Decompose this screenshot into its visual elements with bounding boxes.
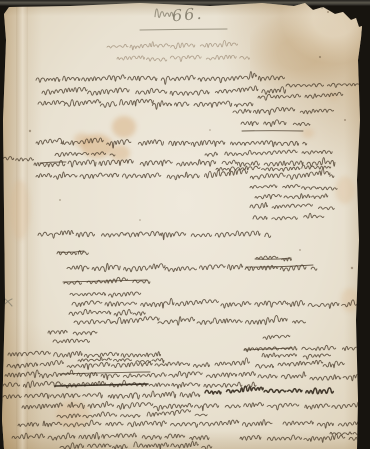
handwriting-line	[72, 298, 368, 308]
foxing-speck	[29, 130, 31, 132]
manuscript-scan: 66.	[0, 0, 370, 449]
handwriting-line	[3, 391, 200, 399]
handwriting-line	[240, 434, 358, 442]
pencil-rule	[140, 29, 227, 30]
ink-lines	[0, 3, 368, 449]
handwriting-line	[286, 83, 364, 87]
ink-stain	[341, 288, 359, 312]
foxing-speck	[59, 199, 61, 201]
handwriting-layer	[0, 0, 370, 449]
strikethrough	[246, 265, 313, 267]
handwriting-line	[34, 158, 335, 168]
foxing-speck	[319, 56, 321, 58]
corrections	[4, 29, 313, 386]
strikethrough	[63, 280, 147, 282]
handwriting-line	[244, 345, 360, 351]
handwriting-line	[12, 432, 209, 440]
handwriting-line	[60, 442, 212, 449]
ink-stain	[112, 116, 136, 138]
handwriting-line	[117, 55, 249, 61]
handwriting-line	[250, 185, 337, 190]
handwriting-line	[233, 107, 334, 114]
handwriting-line	[7, 360, 209, 369]
handwriting-line	[74, 315, 305, 325]
handwriting-line	[283, 421, 366, 428]
handwriting-line	[70, 292, 141, 297]
foxing-speck	[327, 11, 329, 13]
foxing-speck	[344, 119, 346, 121]
handwriting-line	[258, 372, 364, 381]
handwriting-line	[215, 358, 344, 368]
handwriting-line	[8, 351, 161, 357]
handwriting-line	[253, 213, 324, 220]
foxing-speck	[209, 129, 211, 131]
handwriting-line	[216, 165, 331, 172]
handwriting-line	[107, 41, 238, 50]
ink-stain	[302, 128, 314, 138]
handwriting-line	[69, 309, 145, 316]
handwriting-line	[78, 357, 164, 363]
handwriting-line	[0, 157, 33, 161]
handwriting-line	[48, 330, 97, 335]
foxing-specks	[17, 11, 353, 366]
handwriting-line	[38, 99, 253, 109]
handwriting-line	[250, 202, 334, 209]
handwriting-line	[330, 432, 358, 435]
stain-group	[10, 92, 359, 430]
handwriting-line	[262, 353, 331, 359]
page-number-pencil: 66.	[171, 4, 204, 26]
handwriting-line	[67, 263, 317, 271]
ink-stain	[10, 180, 30, 240]
handwriting-line	[42, 86, 286, 95]
handwriting-line	[263, 335, 290, 339]
handwriting-line	[38, 231, 271, 240]
foxing-speck	[351, 267, 353, 269]
handwriting-line	[255, 194, 328, 199]
handwriting-line	[5, 370, 255, 380]
handwriting-line	[205, 386, 333, 394]
ink-stain	[335, 176, 355, 204]
strikethrough	[60, 372, 150, 374]
foxing-speck	[299, 249, 301, 251]
foxing-speck	[139, 219, 141, 221]
handwriting-line	[36, 71, 284, 84]
handwriting-line	[53, 339, 90, 343]
manuscript-page: 66.	[0, 0, 370, 449]
handwriting-line	[205, 150, 332, 156]
handwriting-line	[18, 420, 272, 428]
handwriting-line	[241, 120, 310, 127]
